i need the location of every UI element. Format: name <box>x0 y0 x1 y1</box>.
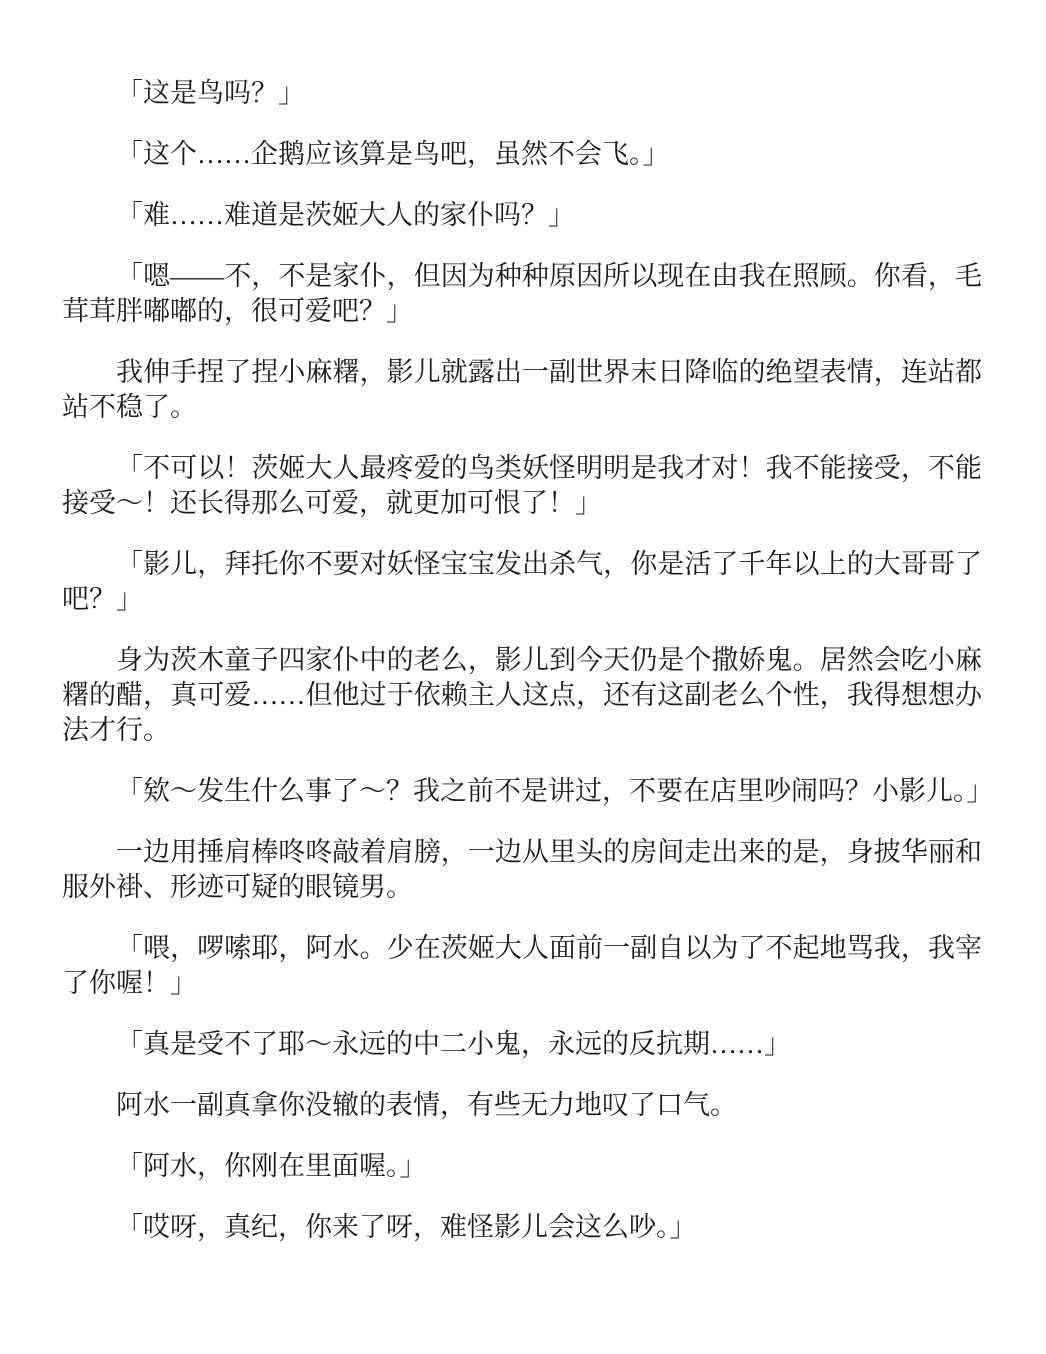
paragraph-7: 「影儿，拜托你不要对妖怪宝宝发出杀气，你是活了千年以上的大哥哥了吧？」 <box>62 547 982 617</box>
paragraph-8: 身为茨木童子四家仆中的老么，影儿到今天仍是个撒娇鬼。居然会吃小麻糬的醋，真可爱…… <box>62 643 982 748</box>
paragraph-5: 我伸手捏了捏小麻糬，影儿就露出一副世界末日降临的绝望表情，连站都站不稳了。 <box>62 355 982 425</box>
novel-page: 「这是鸟吗？」「这个……企鹅应该算是鸟吧，虽然不会飞。」「难……难道是茨姬大人的… <box>0 0 1046 1354</box>
paragraph-13: 阿水一副真拿你没辙的表情，有些无力地叹了口气。 <box>62 1088 982 1123</box>
paragraph-4: 「嗯——不，不是家仆，但因为种种原因所以现在由我在照顾。你看，毛茸茸胖嘟嘟的，很… <box>62 259 982 329</box>
paragraph-6: 「不可以！茨姬大人最疼爱的鸟类妖怪明明是我才对！我不能接受，不能接受～！还长得那… <box>62 451 982 521</box>
document-viewport: 「这是鸟吗？」「这个……企鹅应该算是鸟吧，虽然不会飞。」「难……难道是茨姬大人的… <box>0 0 1046 1354</box>
paragraph-12: 「真是受不了耶～永远的中二小鬼，永远的反抗期……」 <box>62 1027 982 1062</box>
paragraph-3: 「难……难道是茨姬大人的家仆吗？」 <box>62 198 982 233</box>
paragraph-2: 「这个……企鹅应该算是鸟吧，虽然不会飞。」 <box>62 137 982 172</box>
paragraph-10: 一边用捶肩棒咚咚敲着肩膀，一边从里头的房间走出来的是，身披华丽和服外褂、形迹可疑… <box>62 835 982 905</box>
paragraph-15: 「哎呀，真纪，你来了呀，难怪影儿会这么吵。」 <box>62 1210 982 1245</box>
paragraph-1: 「这是鸟吗？」 <box>62 76 982 111</box>
paragraph-14: 「阿水，你刚在里面喔。」 <box>62 1149 982 1184</box>
paragraph-11: 「喂，啰嗦耶，阿水。少在茨姬大人面前一副自以为了不起地骂我，我宰了你喔！」 <box>62 931 982 1001</box>
paragraph-9: 「欸～发生什么事了～？我之前不是讲过，不要在店里吵闹吗？小影儿。」 <box>62 774 982 809</box>
